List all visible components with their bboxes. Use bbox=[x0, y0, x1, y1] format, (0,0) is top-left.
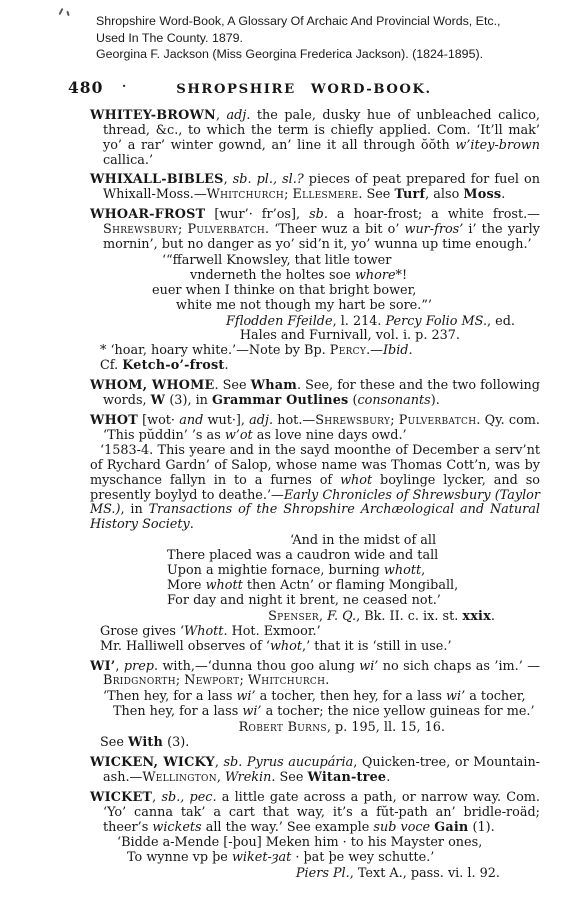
text-run: ‘And in the midst of all bbox=[290, 533, 436, 548]
text-run: . See bbox=[271, 770, 307, 785]
text-run: Transactions of the Shropshire Archæolog… bbox=[90, 502, 540, 532]
citation-line: Hales and Furnivall, vol. i. p. 237. bbox=[90, 329, 460, 344]
text-run: WI’ bbox=[90, 659, 115, 674]
text-run: ; bbox=[239, 673, 247, 688]
text-run: ; bbox=[390, 413, 399, 428]
text-run: whott bbox=[384, 563, 421, 578]
verse-line: ‘And in the midst of all bbox=[290, 534, 540, 549]
text-run: Moss bbox=[463, 187, 501, 202]
text-run: Shrewsbury bbox=[103, 222, 178, 237]
text-run: wi’ bbox=[359, 659, 378, 674]
pencil-mark bbox=[58, 8, 63, 15]
text-run: whore bbox=[355, 268, 396, 283]
text-run: , Bk. II. c. ix. st. bbox=[356, 609, 462, 624]
text-run: w’ot bbox=[225, 428, 253, 443]
entry-note: * ‘hoar, hoary white.’—Note by Bp. Percy… bbox=[100, 344, 540, 359]
separator-dot: · bbox=[122, 79, 126, 93]
text-run: W bbox=[151, 393, 166, 408]
text-run: hot.— bbox=[273, 413, 315, 428]
entry-paragraph: WHOT [wot· and wut·], adj. hot.—Shrewsbu… bbox=[90, 414, 540, 444]
text-run: as love nine days owd.’ bbox=[253, 428, 407, 443]
text-run: For day and night it brent, ne ceased no… bbox=[167, 593, 441, 608]
entry-whitey-brown: WHITEY-BROWN, adj. the pale, dusky hue o… bbox=[90, 109, 540, 169]
text-run: a hoar-frost; a white frost.— bbox=[328, 207, 540, 222]
text-run: Wrekin bbox=[225, 770, 271, 785]
verse-line: ‘Bidde a-Mende [-þou] Meken him · to his… bbox=[117, 836, 540, 851]
text-run: Whott bbox=[184, 624, 223, 639]
text-run: euer when I thinke on that bright bower, bbox=[152, 283, 416, 298]
text-run: a tocher, bbox=[465, 689, 525, 704]
text-run: , p. 195, ll. 15, 16. bbox=[327, 720, 445, 735]
text-run: no sich chaps as ’im.’ — bbox=[378, 659, 540, 674]
text-run: [wot· bbox=[138, 413, 179, 428]
text-run: See bbox=[100, 735, 128, 750]
text-run: . bbox=[491, 609, 495, 624]
entry-paragraph: WHOM, WHOME. See Wham. See, for these an… bbox=[90, 379, 540, 409]
text-run: sub voce bbox=[373, 820, 430, 835]
text-run: a tocher; the nice yellow guineas for me… bbox=[262, 704, 535, 719]
text-run: adj. bbox=[249, 413, 273, 428]
text-run: , in bbox=[120, 502, 148, 517]
text-run: ; bbox=[176, 673, 184, 688]
text-run: ,’ that it is ‘still in use.’ bbox=[302, 639, 452, 654]
text-run: wickets bbox=[152, 820, 201, 835]
text-run: WICKET bbox=[90, 790, 152, 805]
text-run: , bbox=[217, 770, 225, 785]
entry-note: Mr. Halliwell observes of ‘whot,’ that i… bbox=[100, 640, 540, 655]
verse-line: white me not though my hart be sore.”’ bbox=[176, 299, 540, 314]
text-run: wut·], bbox=[203, 413, 249, 428]
text-run: WHIXALL-BIBLES bbox=[90, 172, 224, 187]
text-run: · þat þe wey schutte.’ bbox=[291, 850, 434, 865]
verse-block: ‘Then hey, for a lass wi’ a tocher, then… bbox=[90, 690, 540, 720]
text-run: whott bbox=[206, 578, 243, 593]
entry-note: Cf. Ketch-o’-frost. bbox=[100, 359, 540, 374]
entry-paragraph: WI’, prep. with,—‘dunna thou goo alung w… bbox=[90, 660, 540, 690]
text-run: Wham bbox=[251, 378, 297, 393]
text-run: wur-fros’ bbox=[404, 222, 463, 237]
text-run: Then hey, for a lass bbox=[113, 704, 242, 719]
text-run: WHITEY-BROWN bbox=[90, 108, 216, 123]
entry-whixall-bibles: WHIXALL-BIBLES, sb. pl., sl.? pieces of … bbox=[90, 173, 540, 203]
text-run: ). bbox=[431, 393, 440, 408]
text-run: Mr. Halliwell observes of ‘ bbox=[100, 639, 270, 654]
text-run: sb. pl., sl.? bbox=[233, 172, 304, 187]
verse-line: ‘“ffarwell Knowsley, that litle tower bbox=[162, 254, 540, 269]
citation-line: Fflodden Ffeilde, l. 214. Percy Folio MS… bbox=[90, 315, 515, 330]
entry-paragraph: WICKET, sb., pec. a little gate across a… bbox=[90, 791, 540, 836]
text-run: Percy bbox=[330, 343, 366, 358]
text-run: . Hot. Exmoor.’ bbox=[223, 624, 320, 639]
verse-line: For day and night it brent, ne ceased no… bbox=[167, 594, 540, 609]
citation-line: Piers Pl., Text A., pass. vi. l. 92. bbox=[90, 867, 500, 882]
text-run: . bbox=[190, 517, 194, 532]
text-run: . bbox=[386, 770, 390, 785]
text-run: , l. 214. bbox=[333, 314, 386, 329]
text-run: More bbox=[167, 578, 206, 593]
text-run: xxix bbox=[462, 609, 491, 624]
text-run: With bbox=[128, 735, 163, 750]
text-run: WHOAR-FROST bbox=[90, 207, 205, 222]
scan-metadata: Shropshire Word-Book, A Glossary Of Arch… bbox=[96, 13, 546, 63]
text-run: , bbox=[216, 108, 227, 123]
verse-line: More whott then Actn’ or flaming Mongiba… bbox=[167, 579, 540, 594]
text-run: Hales and Furnivall, vol. i. p. 237. bbox=[240, 328, 460, 343]
verse-line: There placed was a caudron wide and tall bbox=[167, 549, 540, 564]
entry-wicket: WICKET, sb., pec. a little gate across a… bbox=[90, 791, 540, 882]
text-run: , Text A., pass. vi. l. 92. bbox=[350, 866, 500, 881]
running-title: SHROPSHIRE WORD-BOOK. bbox=[176, 82, 432, 97]
text-run: wiket-ȝat bbox=[232, 850, 291, 865]
text-run: white me not though my hart be sore.”’ bbox=[176, 298, 432, 313]
text-run: . bbox=[225, 358, 229, 373]
entry-whoar-frost: WHOAR-FROST [wur’· fr’os], sb. a hoar-fr… bbox=[90, 208, 540, 374]
text-run: Grose gives ‘ bbox=[100, 624, 184, 639]
text-run: Newport bbox=[184, 673, 239, 688]
text-run: .— bbox=[366, 343, 383, 358]
text-run: Cf. bbox=[100, 358, 122, 373]
text-run: , ed. bbox=[487, 314, 515, 329]
text-run: Piers Pl. bbox=[296, 866, 350, 881]
text-run: callica.’ bbox=[103, 153, 153, 168]
text-run: Wellington bbox=[142, 770, 217, 785]
verse-line: Upon a mightie fornace, burning whott, bbox=[167, 564, 540, 579]
text-run: , bbox=[224, 172, 233, 187]
text-run: , bbox=[115, 659, 123, 674]
verse-line: To wynne vp þe wiket-ȝat · þat þe wey sc… bbox=[127, 851, 540, 866]
text-run: ( bbox=[348, 393, 357, 408]
entry-note: Grose gives ‘Whott. Hot. Exmoor.’ bbox=[100, 625, 540, 640]
text-run: . bbox=[501, 187, 505, 202]
text-run: There placed was a caudron wide and tall bbox=[167, 548, 438, 563]
text-run: Grammar Outlines bbox=[212, 393, 348, 408]
text-run: . bbox=[325, 673, 329, 688]
text-run: Witan-tree bbox=[308, 770, 387, 785]
text-run: * ‘hoar, hoary white.’—Note by Bp. bbox=[100, 343, 330, 358]
verse-line: euer when I thinke on that bright bower, bbox=[152, 284, 540, 299]
text-run: Shrewsbury bbox=[315, 413, 390, 428]
text-run: whot bbox=[340, 473, 372, 488]
text-run: Ketch-o’-frost bbox=[122, 358, 224, 373]
text-run: prep. bbox=[124, 659, 158, 674]
text-run: . See bbox=[214, 378, 250, 393]
text-run: . See bbox=[358, 187, 394, 202]
text-run: wi’ bbox=[242, 704, 261, 719]
entry-paragraph: WHIXALL-BIBLES, sb. pl., sl.? pieces of … bbox=[90, 173, 540, 203]
verse-line: Then hey, for a lass wi’ a tocher; the n… bbox=[113, 705, 540, 720]
page-header: 480 · SHROPSHIRE WORD-BOOK. bbox=[68, 78, 540, 98]
text-run: adj. bbox=[227, 108, 251, 123]
text-run: vnderneth the holtes soe bbox=[190, 268, 355, 283]
entry-quote-paragraph: ‘1583-4. This yeare and in the sayd moon… bbox=[90, 444, 540, 533]
text-run: , bbox=[319, 609, 327, 624]
text-run: sb., pec. bbox=[161, 790, 216, 805]
text-run: , also bbox=[425, 187, 463, 202]
verse-block: ‘Bidde a-Mende [-þou] Meken him · to his… bbox=[90, 836, 540, 866]
text-run: then Actn’ or flaming Mongiball, bbox=[243, 578, 458, 593]
metadata-line-year: Used In The County. 1879. bbox=[96, 30, 546, 47]
text-run: and bbox=[179, 413, 203, 428]
text-run: a tocher, then hey, for a lass bbox=[256, 689, 446, 704]
text-run: Turf bbox=[394, 187, 425, 202]
entry-paragraph: WHITEY-BROWN, adj. the pale, dusky hue o… bbox=[90, 109, 540, 169]
text-run: (3). bbox=[163, 735, 189, 750]
text-run: with,—‘dunna thou goo alung bbox=[158, 659, 359, 674]
citation-line: Robert Burns, p. 195, ll. 15, 16. bbox=[90, 721, 445, 736]
book-page: Shropshire Word-Book, A Glossary Of Arch… bbox=[0, 0, 566, 922]
text-run: ‘“ffarwell Knowsley, that litle tower bbox=[162, 253, 391, 268]
text-run: Whitchurch bbox=[207, 187, 284, 202]
entry-whom-whome: WHOM, WHOME. See Wham. See, for these an… bbox=[90, 379, 540, 409]
text-run: consonants bbox=[358, 393, 431, 408]
page-number: 480 bbox=[68, 78, 103, 97]
dictionary-entries: WHITEY-BROWN, adj. the pale, dusky hue o… bbox=[90, 109, 540, 882]
pencil-mark bbox=[66, 11, 69, 16]
text-run: sb. bbox=[309, 207, 328, 222]
entry-wi: WI’, prep. with,—‘dunna thou goo alung w… bbox=[90, 660, 540, 751]
entry-wicken-wicky: WICKEN, WICKY, sb. Pyrus aucupária, Quic… bbox=[90, 756, 540, 786]
verse-line: ‘Then hey, for a lass wi’ a tocher, then… bbox=[103, 690, 540, 705]
entry-whot: WHOT [wot· and wut·], adj. hot.—Shrewsbu… bbox=[90, 414, 540, 655]
text-run: Whitchurch bbox=[248, 673, 325, 688]
text-run: Gain bbox=[434, 820, 468, 835]
text-run: Pulverbatch bbox=[187, 222, 265, 237]
metadata-line-title: Shropshire Word-Book, A Glossary Of Arch… bbox=[96, 13, 546, 30]
citation-line: Spenser, F. Q., Bk. II. c. ix. st. xxix. bbox=[90, 610, 495, 625]
text-run: . ‘Theer wuz a bit o’ bbox=[265, 222, 404, 237]
text-run: sb. Pyrus aucupária bbox=[223, 755, 353, 770]
entry-paragraph: WHOAR-FROST [wur’· fr’os], sb. a hoar-fr… bbox=[90, 208, 540, 253]
text-run: Robert Burns bbox=[239, 720, 327, 735]
text-run: wi’ bbox=[446, 689, 465, 704]
text-run: ‘Bidde a-Mende [-þou] Meken him · to his… bbox=[117, 835, 482, 850]
text-run: whot bbox=[270, 639, 302, 654]
text-run: *! bbox=[396, 268, 408, 283]
text-run: ‘Then hey, for a lass bbox=[103, 689, 236, 704]
text-run: WHOM, WHOME bbox=[90, 378, 214, 393]
metadata-line-author: Georgina F. Jackson (Miss Georgina Frede… bbox=[96, 46, 546, 63]
text-run: F. Q. bbox=[327, 609, 356, 624]
text-run: Spenser bbox=[268, 609, 319, 624]
text-run: (1). bbox=[468, 820, 494, 835]
text-run: Fflodden Ffeilde bbox=[226, 314, 333, 329]
text-run: To wynne vp þe bbox=[127, 850, 232, 865]
text-run: Pulverbatch bbox=[399, 413, 477, 428]
verse-block: ‘“ffarwell Knowsley, that litle towervnd… bbox=[90, 254, 540, 314]
text-run: WICKEN, WICKY bbox=[90, 755, 215, 770]
text-run: [wur’· fr’os], bbox=[205, 207, 309, 222]
entry-note: See With (3). bbox=[100, 736, 540, 751]
text-run: WHOT bbox=[90, 413, 138, 428]
text-run: , bbox=[421, 563, 425, 578]
text-run: (3), in bbox=[165, 393, 212, 408]
text-run: Upon a mightie fornace, burning bbox=[167, 563, 384, 578]
text-run: w’itey-brown bbox=[455, 138, 540, 153]
verse-line: vnderneth the holtes soe whore*! bbox=[190, 269, 540, 284]
text-run: Percy Folio MS. bbox=[386, 314, 488, 329]
text-run: Ellesmere bbox=[292, 187, 358, 202]
text-run: Bridgnorth bbox=[103, 673, 176, 688]
text-run: wi’ bbox=[236, 689, 255, 704]
entry-paragraph: WICKEN, WICKY, sb. Pyrus aucupária, Quic… bbox=[90, 756, 540, 786]
text-run: Ibid. bbox=[383, 343, 413, 358]
verse-block: ‘And in the midst of allThere placed was… bbox=[90, 534, 540, 609]
text-run: all the way.’ See example bbox=[202, 820, 374, 835]
